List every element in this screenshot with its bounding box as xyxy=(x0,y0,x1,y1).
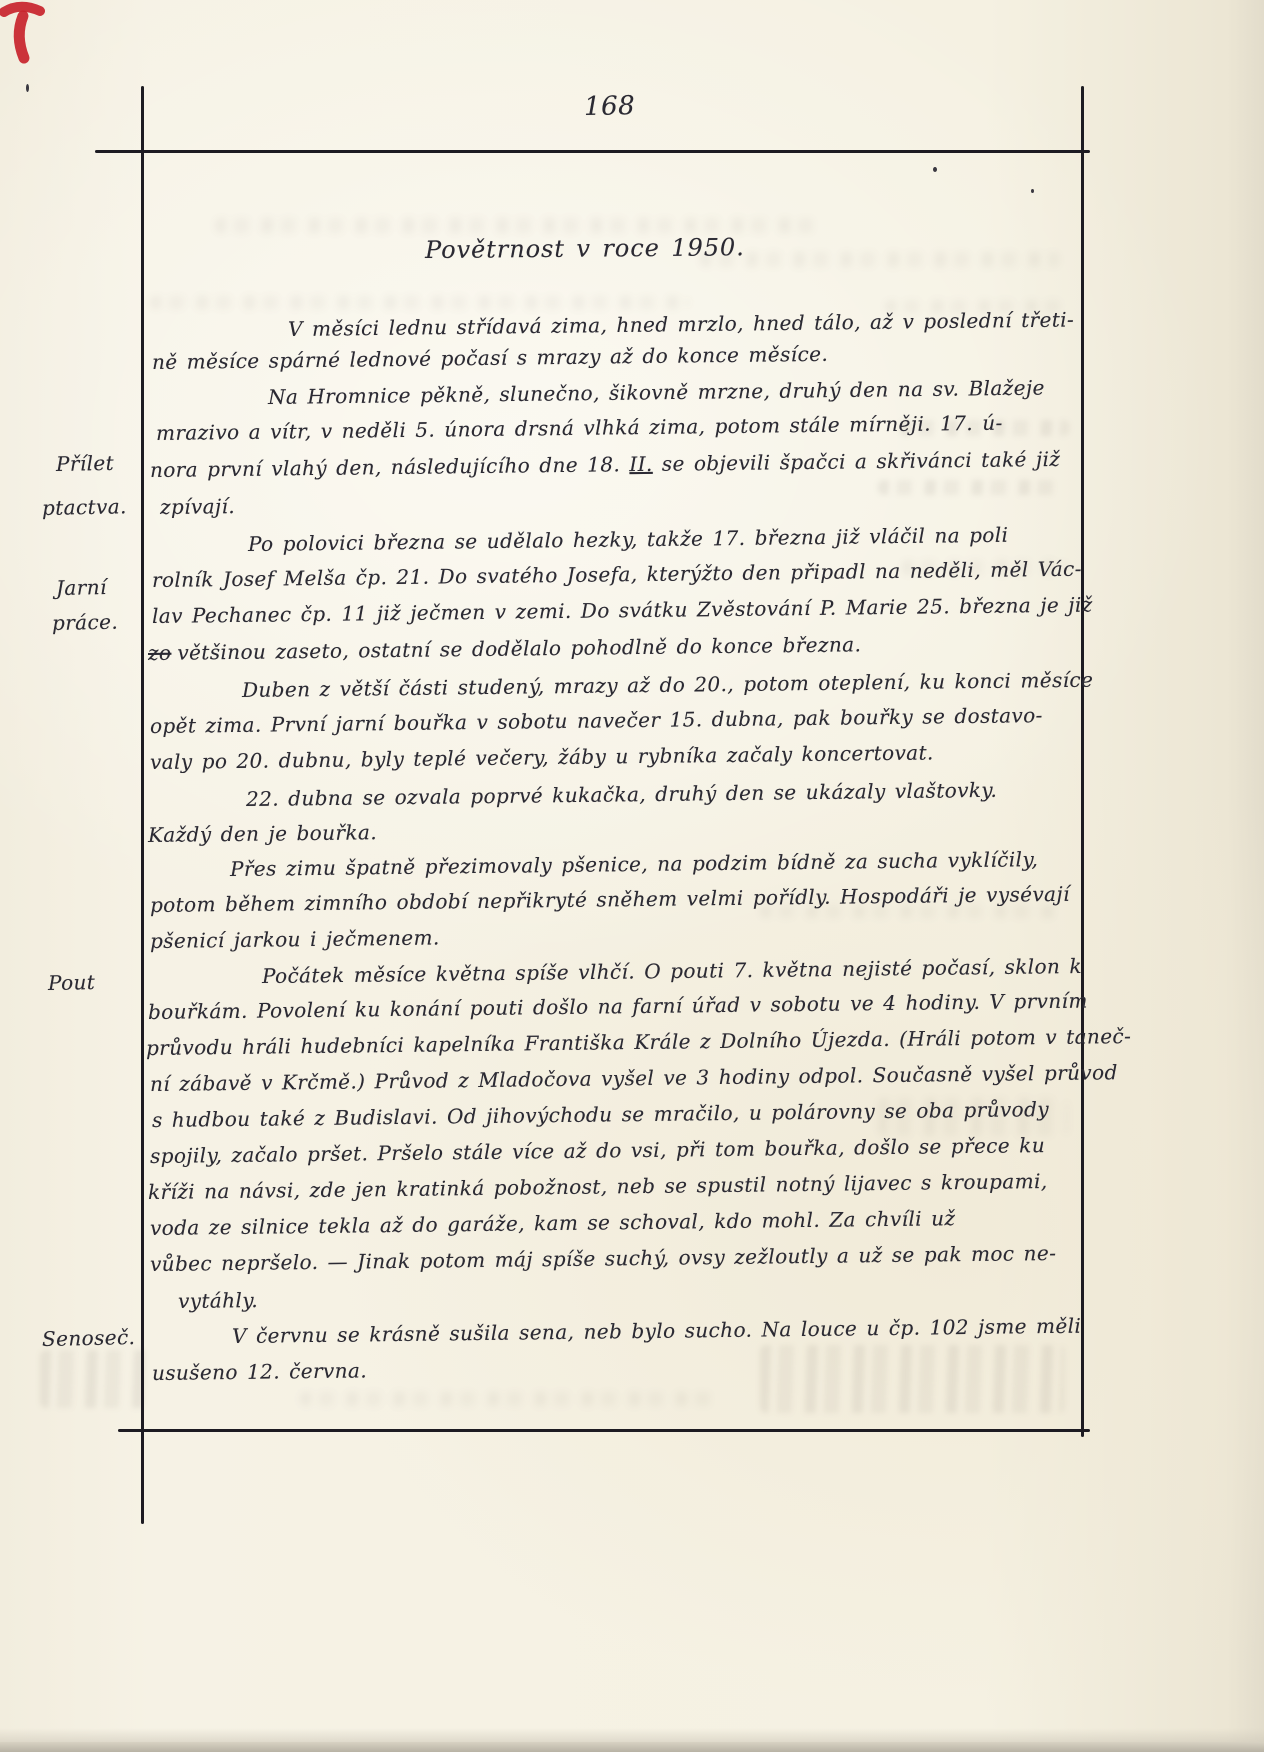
margin-note-jarni-prace: práce. xyxy=(52,610,119,635)
text-line: vytáhly. xyxy=(178,1287,258,1314)
ruled-line-bottom xyxy=(118,1429,1090,1432)
underlined-roman-numeral: II. xyxy=(629,452,653,476)
bleedthrough-smudge xyxy=(760,1345,1065,1413)
red-ink-marks xyxy=(0,0,64,72)
margin-note-prilet-ptactva: ptactva. xyxy=(42,494,127,520)
text-line: Každý den je bouřka. xyxy=(148,819,377,848)
text-line: pšenicí jarkou i ječmenem. xyxy=(150,924,440,954)
text-line: usušeno 12. června. xyxy=(152,1357,367,1386)
ruled-line-left xyxy=(141,86,144,1524)
scan-edge-shadow xyxy=(0,1728,1264,1742)
ruled-line-right xyxy=(1081,86,1084,1437)
bleedthrough-smudge xyxy=(215,218,825,233)
bleedthrough-smudge xyxy=(150,296,690,309)
scan-edge xyxy=(0,1742,1264,1752)
margin-note-pout: Pout xyxy=(48,970,96,995)
text-segment: se objevili špačci a skřivánci také již xyxy=(653,447,1061,476)
entry-title: Povětrnost v roce 1950. xyxy=(425,233,745,264)
struck-word: zo xyxy=(148,641,172,665)
margin-note-senosec: Senoseč. xyxy=(42,1325,136,1351)
ink-speck xyxy=(26,84,29,92)
text-segment: nora první vlahý den, následujícího dne … xyxy=(150,452,630,482)
margin-note-prilet-ptactva: Přílet xyxy=(56,451,115,476)
ink-speck xyxy=(933,167,937,172)
bleedthrough-smudge xyxy=(40,1350,148,1408)
ruled-line-top xyxy=(95,150,1090,153)
page-number: 168 xyxy=(584,91,636,122)
text-line: zpívají. xyxy=(160,493,235,520)
bleedthrough-smudge xyxy=(878,480,1066,495)
bleedthrough-smudge xyxy=(700,252,1060,267)
bleedthrough-smudge xyxy=(300,1392,720,1406)
ink-speck xyxy=(1031,189,1034,193)
margin-note-jarni-prace: Jarní xyxy=(56,575,107,600)
